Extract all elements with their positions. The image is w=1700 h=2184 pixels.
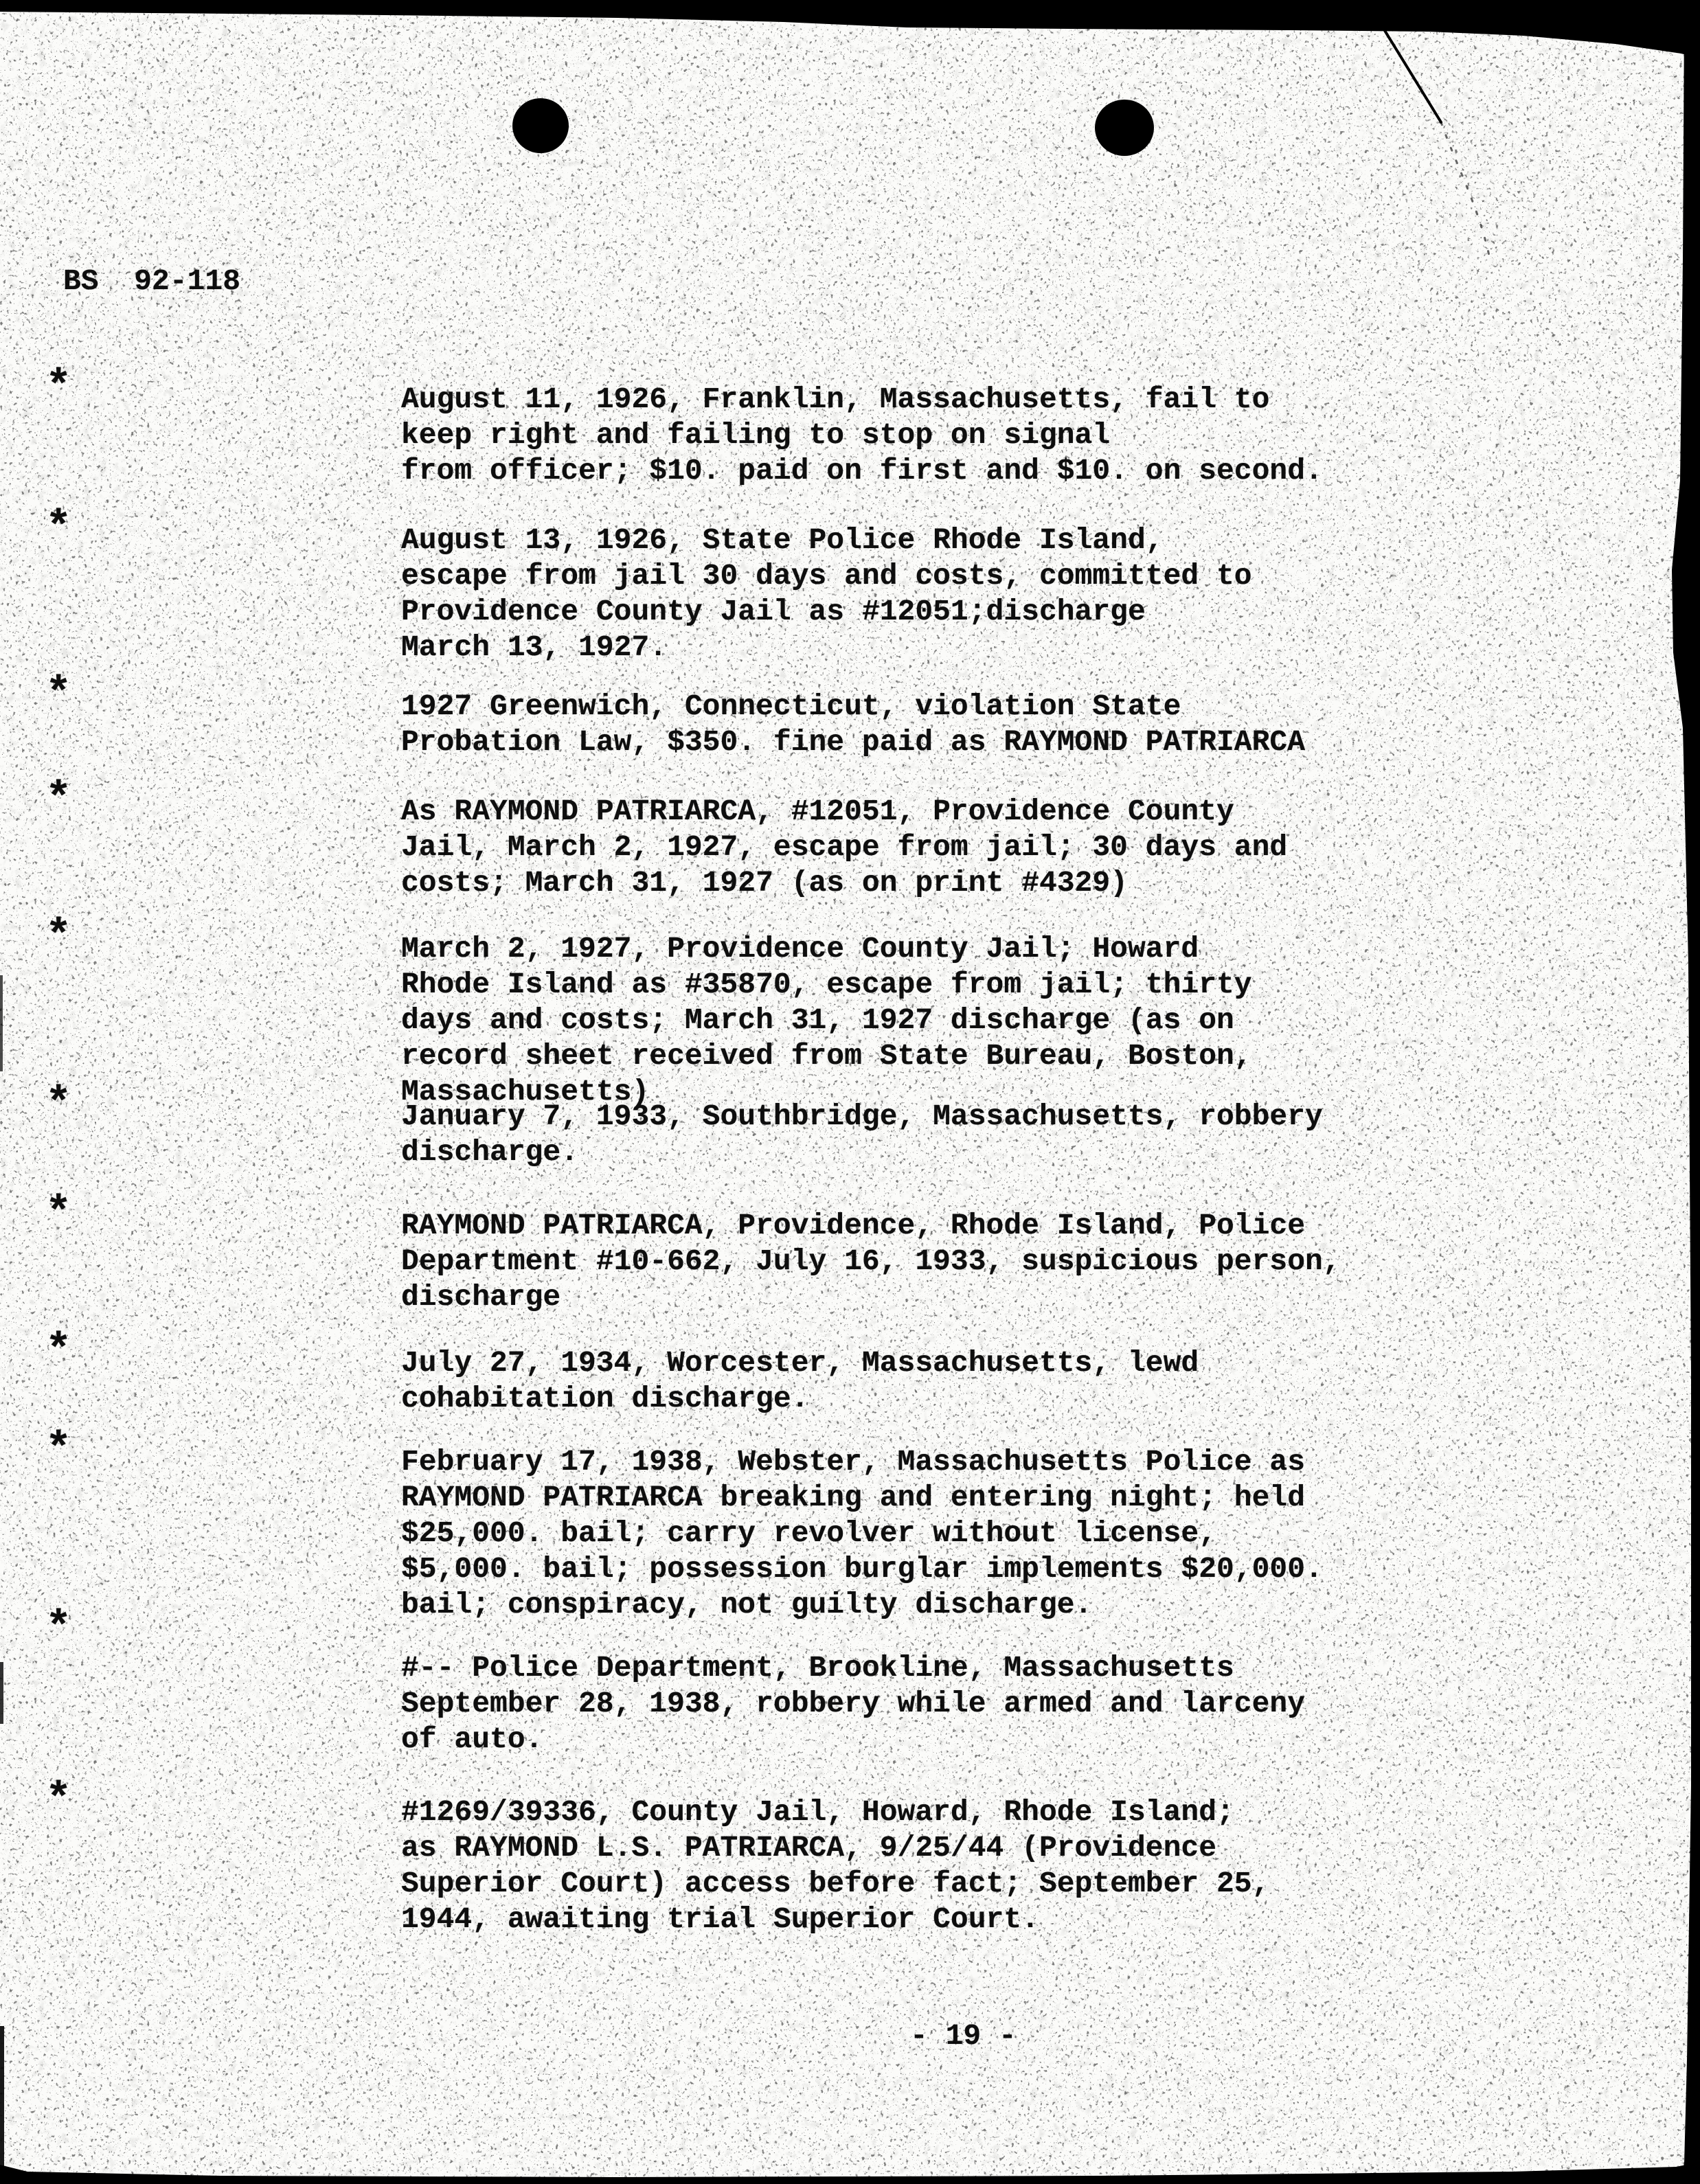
page-number: - 19 - <box>910 2018 1017 2054</box>
record-paragraph: March 2, 1927, Providence County Jail; H… <box>401 931 1252 1110</box>
margin-asterisk: * <box>45 507 71 551</box>
record-paragraph: July 27, 1934, Worcester, Massachusetts,… <box>401 1345 1199 1417</box>
record-paragraph: #1269/39336, County Jail, Howard, Rhode … <box>401 1795 1269 1937</box>
record-paragraph: RAYMOND PATRIARCA, Providence, Rhode Isl… <box>401 1208 1341 1315</box>
margin-asterisk: * <box>45 366 71 410</box>
record-paragraph: February 17, 1938, Webster, Massachusett… <box>401 1444 1323 1623</box>
margin-asterisk: * <box>45 1779 71 1823</box>
file-number: BS 92-118 <box>63 264 240 299</box>
record-paragraph: January 7, 1933, Southbridge, Massachuse… <box>401 1099 1323 1170</box>
margin-asterisk: * <box>45 1429 71 1472</box>
record-paragraph: August 11, 1926, Franklin, Massachusetts… <box>401 382 1323 489</box>
margin-asterisk: * <box>45 1192 71 1236</box>
record-paragraph: As RAYMOND PATRIARCA, #12051, Providence… <box>401 794 1287 901</box>
margin-asterisk: * <box>45 1607 71 1651</box>
typewritten-text-layer: BS 92-118 *August 11, 1926, Franklin, Ma… <box>0 0 1700 2184</box>
margin-asterisk: * <box>45 1083 71 1127</box>
record-paragraph: #-- Police Department, Brookline, Massac… <box>401 1650 1305 1758</box>
record-paragraph: 1927 Greenwich, Connecticut, violation S… <box>401 689 1305 760</box>
record-paragraph: August 13, 1926, State Police Rhode Isla… <box>401 523 1252 666</box>
margin-asterisk: * <box>45 673 71 717</box>
margin-asterisk: * <box>45 778 71 822</box>
margin-asterisk: * <box>45 915 71 959</box>
margin-asterisk: * <box>45 1330 71 1374</box>
